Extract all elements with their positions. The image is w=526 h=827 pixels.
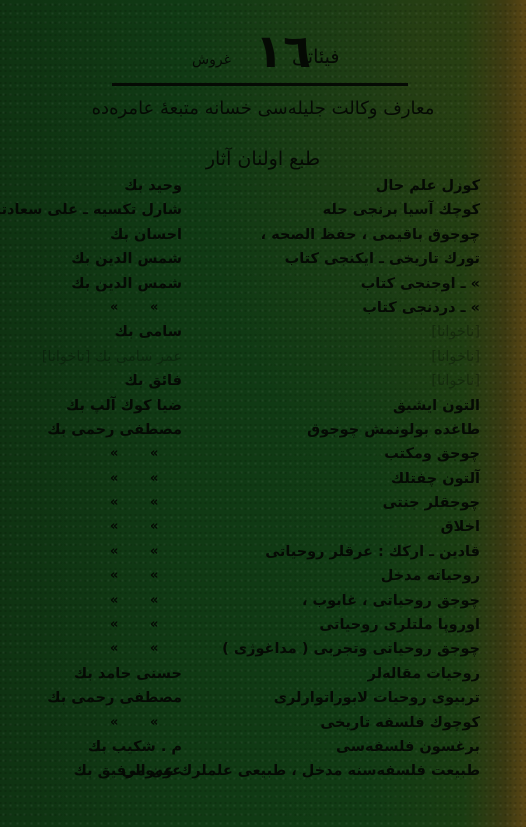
section-heading: طبع اولنان آثار <box>0 148 526 170</box>
book-row: روحیات مقاله‌لرحسنی حامد بك <box>0 666 526 690</box>
ditto-mark: » <box>150 641 158 656</box>
book-row: تربیوی روحیات لابوراتوارلریمصطفی رحمی بك <box>0 690 526 714</box>
book-title: قادین ـ ارکك : عرقلر روحیاتی <box>265 544 480 560</box>
ditto-mark: » <box>150 446 158 461</box>
book-title: روحیات مقاله‌لر <box>368 666 480 682</box>
book-author: شارل تکسیه ـ علی سعادتك <box>0 202 182 218</box>
book-row: کوزل علم حالوحید بك <box>0 178 526 202</box>
ditto-mark: » <box>110 715 118 730</box>
book-title: چوجق ومکتب <box>384 446 480 462</box>
book-title: چوجق روحیاتی وتجربی ( مداغوژی ) <box>222 641 480 657</box>
book-row: [ناخوانا]فائق بك <box>0 373 526 397</box>
ditto-mark: » <box>150 568 158 583</box>
book-row: روحیاته مدخل»» <box>0 568 526 592</box>
book-title: کوچك آسیا برنجی حله <box>323 202 480 218</box>
ditto-mark: » <box>110 471 118 486</box>
header-divider <box>112 83 408 86</box>
ditto-mark: » <box>110 519 118 534</box>
book-author: عون الرفیق بك <box>74 763 182 779</box>
book-row: طبیعت فلسفه‌سنه مدخل ، طبیعی علملرك عموم… <box>0 763 526 787</box>
price-header: فیئاتی ١٦ غروش <box>0 30 526 80</box>
ditto-mark: » <box>150 471 158 486</box>
book-author: شمس الدین بك <box>71 276 182 292</box>
ditto-mark: » <box>110 641 118 656</box>
book-title: چوجق روحیاتی ، غابوب ، <box>302 593 480 609</box>
ditto-mark: » <box>110 495 118 510</box>
book-row: چوجق روحیاتی ، غابوب ،»» <box>0 593 526 617</box>
book-row: اوروپا ملتلری روحیاتی»» <box>0 617 526 641</box>
book-title: چوجقلر جنتی <box>383 495 480 511</box>
ditto-mark: » <box>110 446 118 461</box>
book-title: روحیاته مدخل <box>381 568 480 584</box>
book-row: کوچك آسیا برنجی حلهشارل تکسیه ـ علی سعاد… <box>0 202 526 226</box>
book-row: » ـ اوجنجی کتابشمس الدین بك <box>0 276 526 300</box>
book-row: » ـ دردنجی کتاب»» <box>0 300 526 324</box>
book-row: تورك تاریخی ـ ایکنجی کتابشمس الدین بك <box>0 251 526 275</box>
ditto-mark: » <box>150 617 158 632</box>
ditto-mark: » <box>150 519 158 534</box>
book-row: التون ایشیقضیا کوك آلپ بك <box>0 398 526 422</box>
book-row: چوجق ومکتب»» <box>0 446 526 470</box>
ditto-mark: » <box>110 593 118 608</box>
book-title: طاغده بولونمش چوجوق <box>307 422 480 438</box>
book-author: فائق بك <box>125 373 182 389</box>
ditto-mark: » <box>150 495 158 510</box>
book-row: طاغده بولونمش چوجوقمصطفی رحمی بك <box>0 422 526 446</box>
book-title: [ناخوانا] <box>431 324 480 340</box>
book-title: آلتون چفتلك <box>391 471 480 487</box>
book-list: کوزل علم حالوحید بكکوچك آسیا برنجی حلهشا… <box>0 178 526 788</box>
book-title: اخلاق <box>441 519 480 535</box>
currency-label: غروش <box>192 52 231 68</box>
book-author: وحید بك <box>124 178 182 194</box>
ditto-mark: » <box>110 617 118 632</box>
book-author: م . شکیب بك <box>88 739 182 755</box>
book-row: اخلاق»» <box>0 519 526 543</box>
book-author: مصطفی رحمی بك <box>47 690 182 706</box>
book-row: آلتون چفتلك»» <box>0 471 526 495</box>
book-title: » ـ اوجنجی کتاب <box>361 276 480 292</box>
book-author: مصطفی رحمی بك <box>47 422 182 438</box>
book-row: چوجوق باقیمی ، حفظ الصحه ،احسان بك <box>0 227 526 251</box>
book-title: برغسون فلسفه‌سی <box>336 739 480 755</box>
ditto-mark: » <box>110 568 118 583</box>
book-row: برغسون فلسفه‌سیم . شکیب بك <box>0 739 526 763</box>
book-title: کوچوك فلسفه تاریخی <box>320 715 480 731</box>
book-author: شمس الدین بك <box>71 251 182 267</box>
ditto-mark: » <box>110 544 118 559</box>
book-row: چوجق روحیاتی وتجربی ( مداغوژی )»» <box>0 641 526 665</box>
book-title: » ـ دردنجی کتاب <box>362 300 480 316</box>
book-title: اوروپا ملتلری روحیاتی <box>319 617 480 633</box>
book-row: قادین ـ ارکك : عرقلر روحیاتی»» <box>0 544 526 568</box>
ditto-mark: » <box>150 544 158 559</box>
book-row: [ناخوانا]عمر سامی بك [ناخوانا] <box>0 349 526 373</box>
book-title: کوزل علم حال <box>376 178 480 194</box>
ditto-mark: » <box>150 593 158 608</box>
book-author: حسنی حامد بك <box>74 666 182 682</box>
book-author: ضیا کوك آلپ بك <box>66 398 182 414</box>
book-title: تورك تاریخی ـ ایکنجی کتاب <box>285 251 480 267</box>
price-number: ١٦ <box>255 28 311 74</box>
book-title: التون ایشیق <box>393 398 480 414</box>
book-author: عمر سامی بك [ناخوانا] <box>42 349 182 365</box>
book-row: چوجقلر جنتی»» <box>0 495 526 519</box>
book-row: کوچوك فلسفه تاریخی»» <box>0 715 526 739</box>
book-title: [ناخوانا] <box>431 349 480 365</box>
book-title: [ناخوانا] <box>431 373 480 389</box>
book-author: احسان بك <box>110 227 182 243</box>
ditto-mark: » <box>150 715 158 730</box>
ditto-mark: » <box>110 300 118 315</box>
ditto-mark: » <box>150 300 158 315</box>
book-row: [ناخوانا]سامی بك <box>0 324 526 348</box>
book-title: تربیوی روحیات لابوراتوارلری <box>274 690 480 706</box>
book-title: چوجوق باقیمی ، حفظ الصحه ، <box>261 227 480 243</box>
publisher-line: معارف وکالت جلیله‌سی خسانه متبعهٔ عامره‌… <box>0 98 526 119</box>
book-author: سامی بك <box>115 324 182 340</box>
